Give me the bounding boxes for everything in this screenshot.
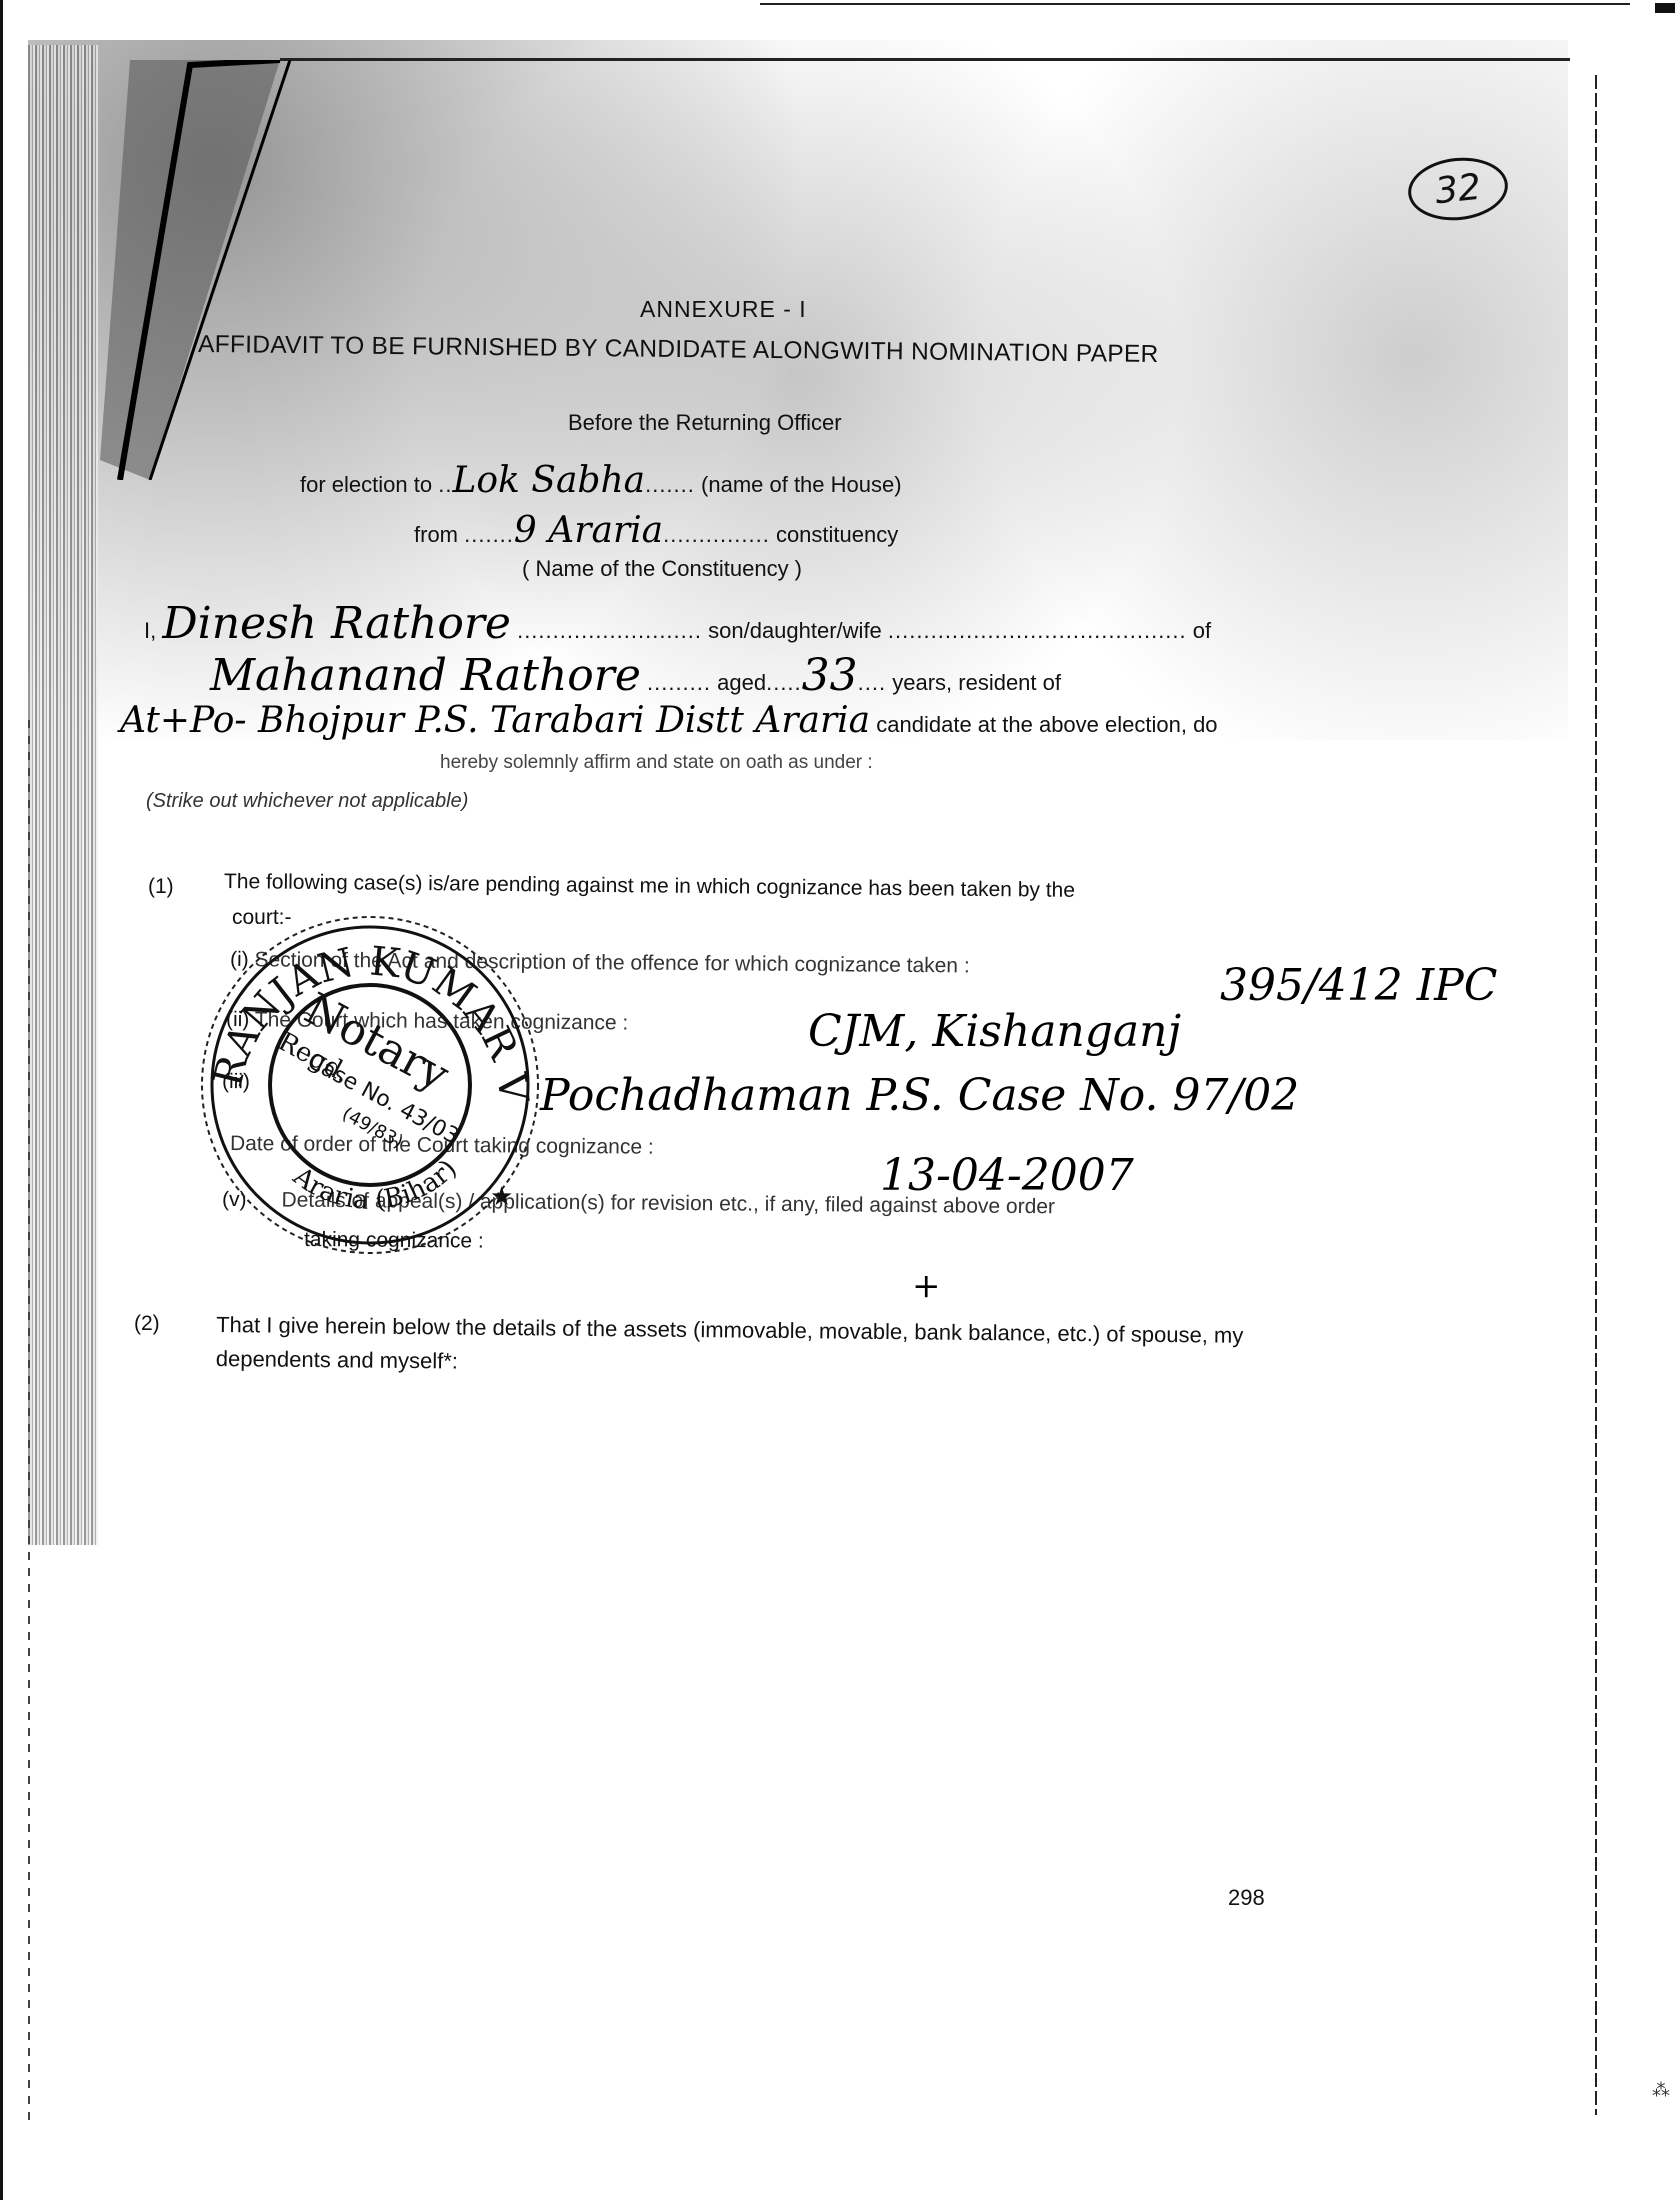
election-house-value: Lok Sabha <box>452 460 645 501</box>
item2-text: That I give herein below the details of … <box>216 1308 1317 1388</box>
aged-label: aged <box>717 670 766 695</box>
page-left-edge <box>28 720 30 2120</box>
item2-number: (2) <box>134 1312 160 1336</box>
constituency-label: constituency <box>776 522 898 547</box>
page-right-edge <box>1595 75 1597 2115</box>
constituency-value: 9 Araria <box>514 510 663 551</box>
annexure-heading: ANNEXURE - I <box>640 296 807 323</box>
svg-text:★: ★ <box>490 1181 513 1211</box>
circled-page-number-text: 32 <box>1433 166 1483 212</box>
item1-text: The following case(s) is/are pending aga… <box>224 870 1075 903</box>
house-label: (name of the House) <box>701 472 902 497</box>
address-value: At+Po- Bhojpur P.S. Tarabari Distt Arari… <box>120 700 870 741</box>
from-label: from <box>414 522 458 547</box>
address-row: At+Po- Bhojpur P.S. Tarabari Distt Arari… <box>120 700 1218 741</box>
scan-border-left <box>0 0 3 2200</box>
constituency-row: from .......9 Araria............... cons… <box>414 510 898 551</box>
notary-stamp: RANJAN KUMAR VERMA Araria (Bihar) Notary… <box>190 905 550 1265</box>
parent-row: Mahanand Rathore ......... aged.....33..… <box>210 650 1061 701</box>
election-row: for election to ..Lok Sabha....... (name… <box>300 460 902 501</box>
court-answer: CJM, Kishanganj <box>808 1006 1181 1057</box>
constituency-caption: ( Name of the Constituency ) <box>522 556 802 582</box>
page-top-edge <box>280 58 1570 61</box>
parent-name: Mahanand Rathore <box>210 650 641 701</box>
candidate-text: candidate at the above election, do <box>876 712 1217 737</box>
item1-number: (1) <box>148 875 174 899</box>
relation-label: son/daughter/wife <box>708 618 882 643</box>
page-fold-corner <box>90 60 310 480</box>
appeal-answer-mark: + <box>912 1266 941 1306</box>
declarant-row: I, Dinesh Rathore ......................… <box>144 598 1211 649</box>
years-resident-label: years, resident of <box>892 670 1061 695</box>
scan-artifact <box>1655 3 1675 13</box>
offence-section-answer: 395/412 IPC <box>1220 960 1497 1011</box>
affirm-text: hereby solemnly affirm and state on oath… <box>440 752 873 774</box>
declarant-name: Dinesh Rathore <box>162 598 511 649</box>
case-number-answer: Pochadhaman P.S. Case No. 97/02 <box>540 1070 1299 1121</box>
scan-border-top <box>760 3 1630 5</box>
election-label: for election to <box>300 472 432 497</box>
strike-note: (Strike out whichever not applicable) <box>146 790 468 813</box>
age-value: 33 <box>802 650 858 701</box>
footer-page-number: 298 <box>1228 1885 1265 1911</box>
scan-noise-left <box>28 45 98 1545</box>
scan-artifact-mark: ⁂ <box>1652 2080 1670 2101</box>
before-line: Before the Returning Officer <box>568 410 842 436</box>
i-prefix: I, <box>144 618 156 643</box>
of-label: of <box>1193 618 1211 643</box>
